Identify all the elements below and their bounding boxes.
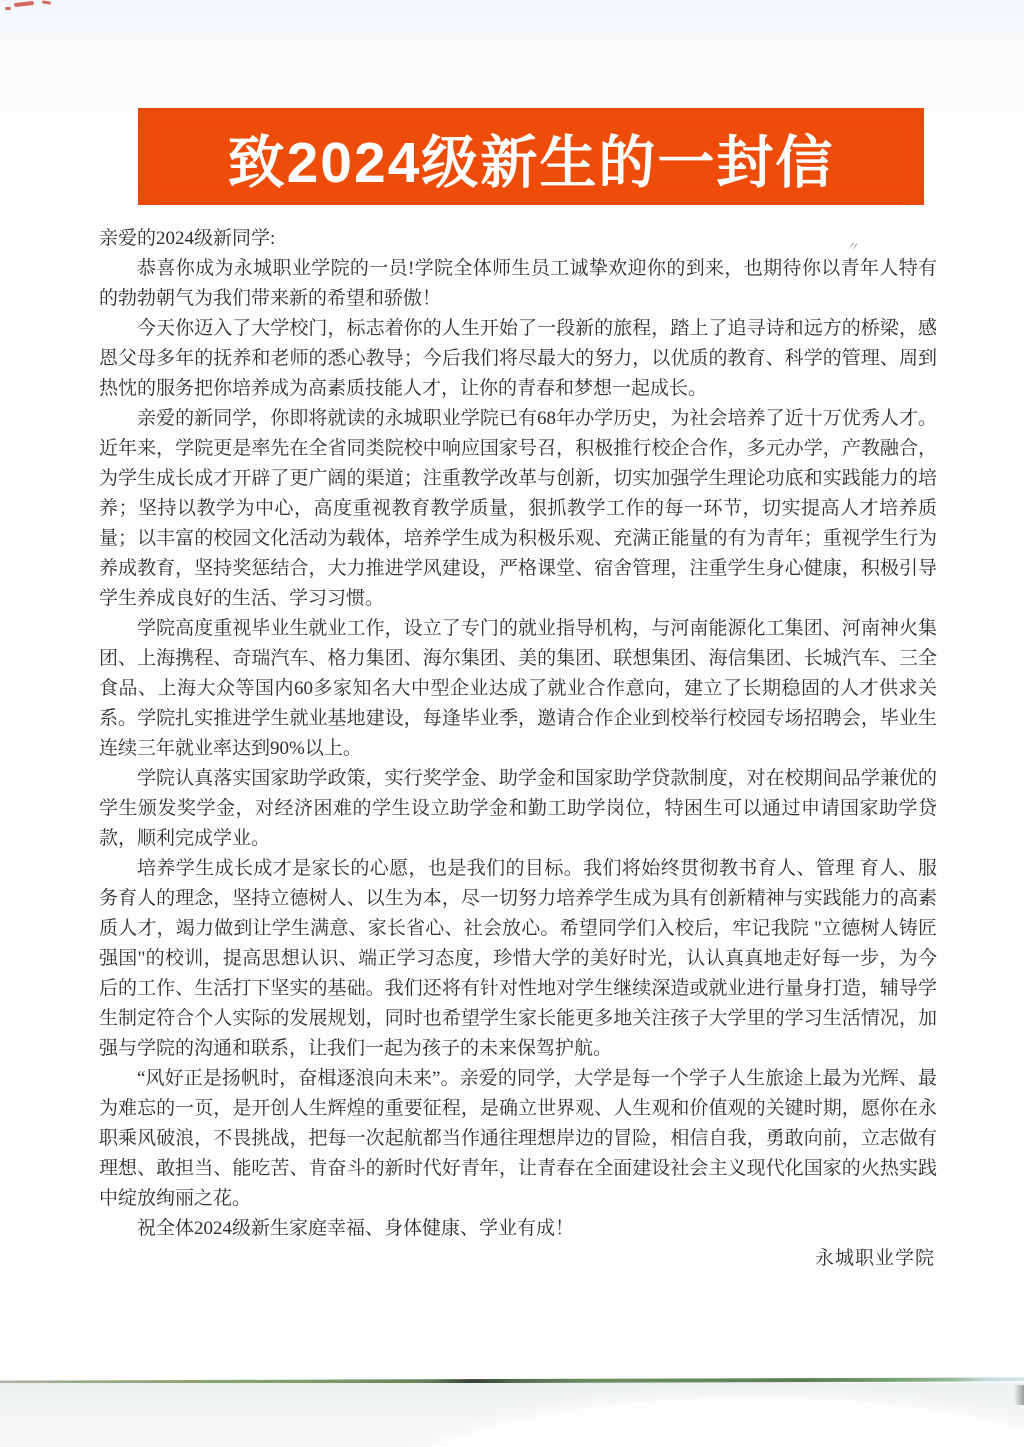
letter-signature: 永城职业学院: [99, 1244, 937, 1274]
letter-paragraph-employment: 学院高度重视毕业生就业工作，设立了专门的就业指导机构，与河南能源化工集团、河南神…: [99, 614, 937, 764]
letter-greeting: 亲爱的2024级新同学:: [99, 224, 937, 254]
red-ink-speck: [5, 7, 11, 10]
letter-title: 致2024级新生的一封信: [228, 115, 835, 199]
scan-bottom-paper-edge: [0, 1383, 1024, 1447]
letter-paragraph-financial-aid: 学院认真落实国家助学政策，实行奖学金、助学金和国家助学贷款制度，对在校期间品学兼…: [99, 764, 937, 854]
letter-paragraph-cultivation: 培养学生成长成才是家长的心愿，也是我们的目标。我们将始终贯彻教书育人、管理 育人…: [99, 854, 937, 1064]
letter-paragraph-college-history: 亲爱的新同学，你即将就读的永城职业学院已有68年办学历史，为社会培养了近十万优秀…: [99, 404, 937, 614]
letter-closing-wish: 祝全体2024级新生家庭幸福、身体健康、学业有成！: [99, 1214, 937, 1244]
letter-paragraph-new-journey: 今天你迈入了大学校门，标志着你的人生开始了一段新的旅程，踏上了追寻诗和远方的桥梁…: [99, 314, 937, 404]
letter-paragraph-welcome: 恭喜你成为永城职业学院的一员!学院全体师生员工诚挚欢迎你的到来，也期待你以青年人…: [99, 254, 937, 314]
scanned-letter-page: 致2024级新生的一封信 〃 亲爱的2024级新同学: 恭喜你成为永城职业学院的…: [0, 0, 1024, 1447]
letter-paragraph-encouragement: “风好正是扬帆时，奋楫逐浪向未来”。亲爱的同学，大学是每一个学子人生旅途上最为光…: [99, 1064, 937, 1214]
scan-corner-shadow: [1014, 1385, 1024, 1405]
letter-body: 亲爱的2024级新同学: 恭喜你成为永城职业学院的一员!学院全体师生员工诚挚欢迎…: [99, 224, 937, 1274]
title-banner: 致2024级新生的一封信: [138, 108, 924, 205]
scan-edge-artifact: [0, 0, 1024, 34]
